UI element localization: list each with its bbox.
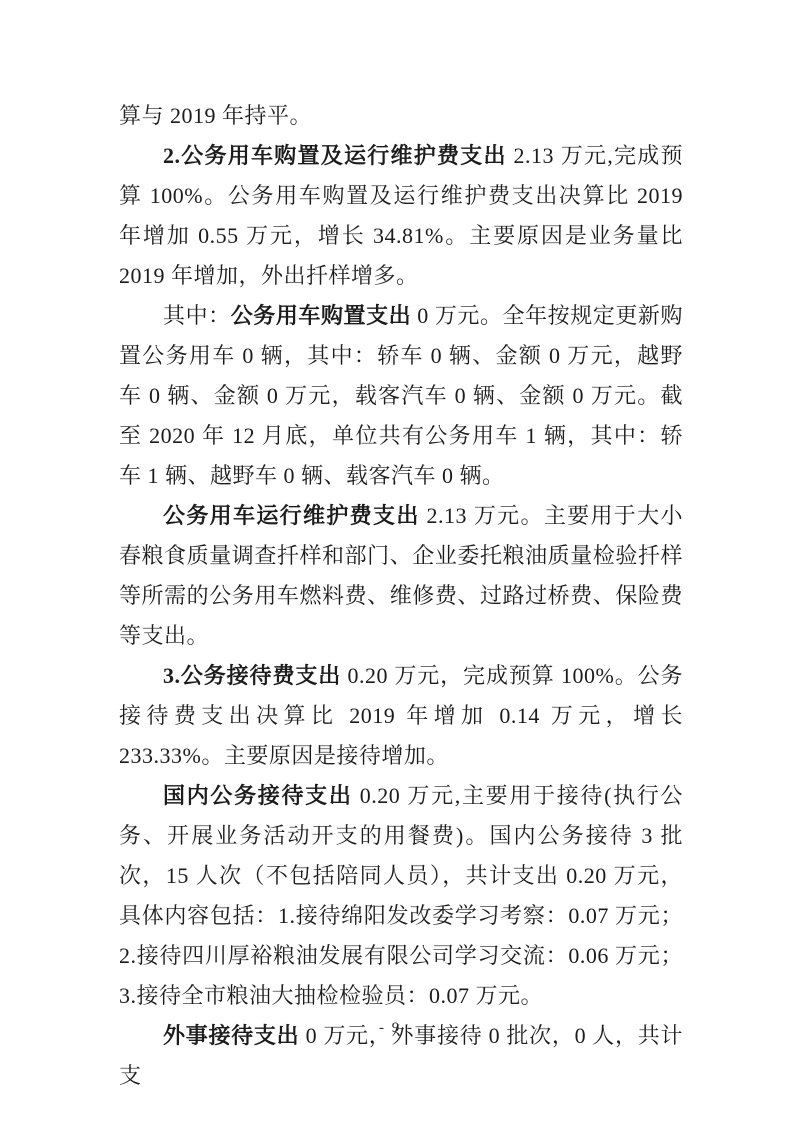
emphasis-text: 公务用车运行维护费支出 [163, 503, 420, 528]
body-text: 0 万元。全年按规定更新购置公务用车 0 辆，其中：轿车 0 辆、金额 0 万元… [119, 303, 683, 488]
page-number: - 9 - [0, 1020, 793, 1037]
paragraph: 算与 2019 年持平。 [119, 96, 683, 136]
document-page: 算与 2019 年持平。2.公务用车购置及运行维护费支出 2.13 万元,完成预… [0, 0, 793, 1122]
body-text: 其中： [163, 303, 231, 328]
body-text: 算与 2019 年持平。 [119, 103, 312, 128]
paragraph: 3.公务接待费支出 0.20 万元，完成预算 100%。公务接待费支出决算比 2… [119, 656, 683, 776]
paragraph: 公务用车运行维护费支出 2.13 万元。主要用于大小春粮食质量调查扦样和部门、企… [119, 496, 683, 656]
emphasis-text: 2.公务用车购置及运行维护费支出 [163, 143, 507, 168]
paragraph: 其中：公务用车购置支出 0 万元。全年按规定更新购置公务用车 0 辆，其中：轿车… [119, 296, 683, 496]
paragraph: 2.公务用车购置及运行维护费支出 2.13 万元,完成预算 100%。公务用车购… [119, 136, 683, 296]
paragraph: 国内公务接待支出 0.20 万元,主要用于接待(执行公务、开展业务活动开支的用餐… [119, 776, 683, 1016]
document-body: 算与 2019 年持平。2.公务用车购置及运行维护费支出 2.13 万元,完成预… [119, 96, 683, 1096]
emphasis-text: 3.公务接待费支出 [163, 663, 341, 688]
emphasis-text: 国内公务接待支出 [163, 783, 353, 808]
emphasis-text: 公务用车购置支出 [231, 303, 412, 328]
body-text: 0.20 万元,主要用于接待(执行公务、开展业务活动开支的用餐费)。国内公务接待… [119, 783, 683, 1008]
